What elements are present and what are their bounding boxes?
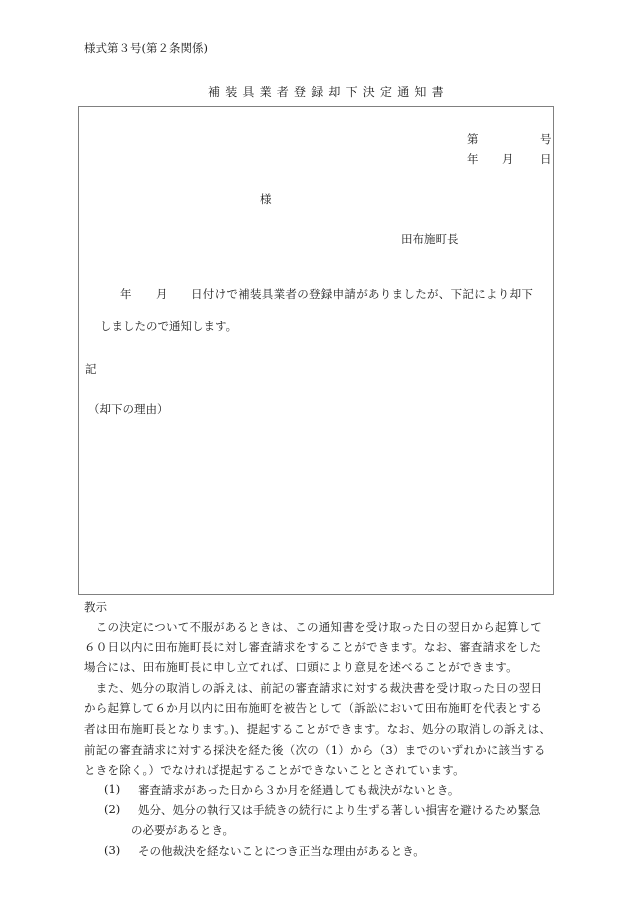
instruction-line: また、処分の取消しの訴えは、前記の審査請求に対する裁決書を受け取った日の翌日 [84, 680, 542, 696]
number-prefix: 第 [467, 131, 479, 147]
item-number: (1) [104, 782, 120, 796]
date-day: 日 [540, 151, 552, 167]
issuer-name: 田布施町長 [401, 231, 459, 247]
form-number: 様式第３号(第２条関係) [84, 40, 208, 56]
body-year: 年 [120, 286, 132, 302]
date-year: 年 [467, 151, 479, 167]
item-number: (3) [104, 843, 120, 857]
notice-box [78, 106, 554, 595]
instruction-line: ６０日以内に田布施町長に対し審査請求をすることができます。なお、審査請求をした [84, 639, 541, 655]
instruction-heading: 教示 [84, 599, 107, 615]
document-title: 補装具業者登録却下決定通知書 [208, 83, 449, 100]
item-text-continued: の必要があるとき。 [131, 822, 234, 838]
instruction-line: 前記の審査請求に対する採決を経た後（次の（1）から（3）までのいずれかに該当する [84, 742, 546, 758]
item-text: 審査請求があった日から３か月を経過しても裁決がないとき。 [138, 782, 459, 798]
item-text: 処分、処分の執行又は手続きの続行により生ずる著しい損害を避けるため緊急 [138, 802, 541, 818]
instruction-line: この決定について不服があるときは、この通知書を受け取った日の翌日から起算して [84, 619, 542, 635]
instruction-line: 者は田布施町長となります。)、提起することができます。なお、処分の取消しの訴えは… [84, 721, 551, 737]
ki-label: 記 [85, 361, 97, 377]
instruction-line: ときを除く。）でなければ提起することができないこととされています。 [84, 762, 465, 778]
date-month: 月 [502, 151, 514, 167]
item-number: (2) [104, 802, 120, 816]
body-month: 月 [156, 286, 168, 302]
item-text: その他裁決を経ないことにつき正当な理由があるとき。 [138, 843, 425, 859]
instruction-line: から起算して６か月以内に田布施町を被告として（訴訟において田布施町を代表とする [84, 700, 542, 716]
addressee-suffix: 様 [260, 191, 272, 207]
body-line-2: しましたので通知します。 [100, 318, 237, 334]
number-suffix: 号 [540, 131, 552, 147]
body-line-1: 日付けで補装具業者の登録申請がありましたが、下記により却下 [191, 286, 533, 302]
rejection-reason-label: （却下の理由） [88, 401, 169, 417]
instruction-line: 場合には、田布施町長に申し立てれば、口頭により意見を述べることができます。 [84, 659, 518, 675]
